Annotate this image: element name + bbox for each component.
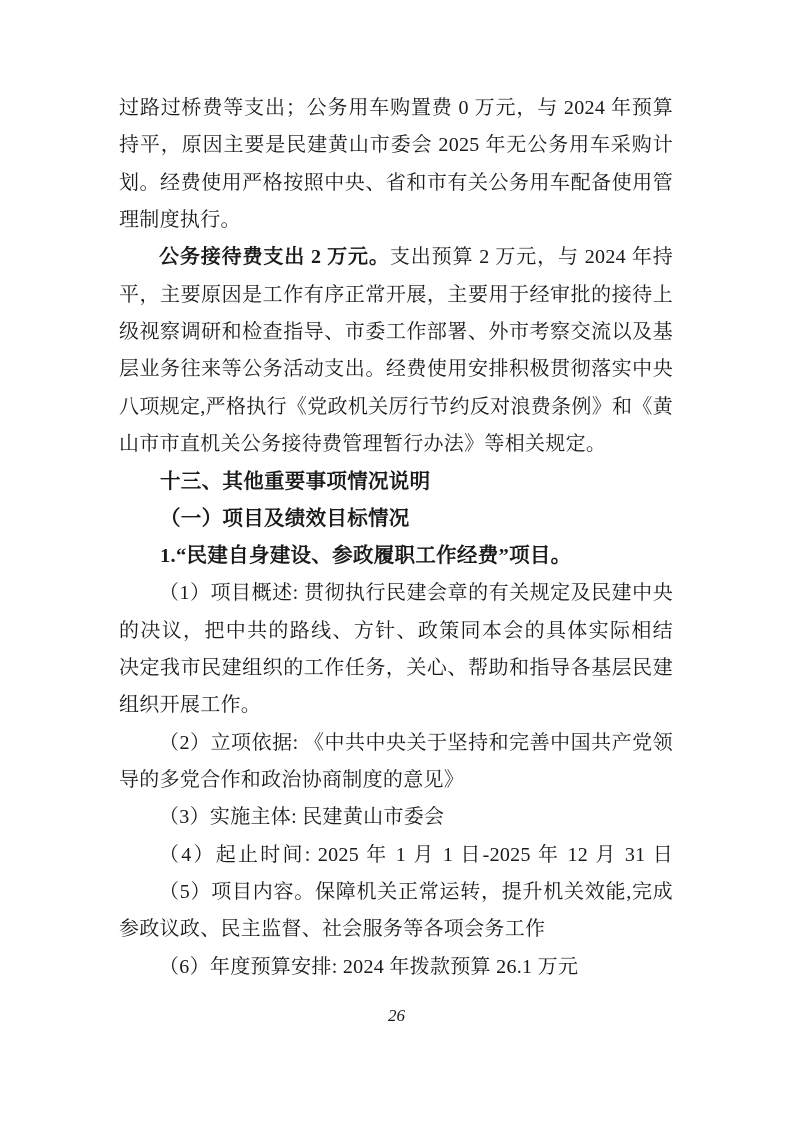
body-text: 层业务往来等公务活动支出。经费使用安排积极贯彻落实中央 <box>119 358 673 380</box>
body-text: （5）项目内容。保障机关正常运转，提升机关效能,完成 <box>159 881 673 903</box>
body-line: 层业务往来等公务活动支出。经费使用安排积极贯彻落实中央 <box>119 351 673 388</box>
body-text: 山市市直机关公务接待费管理暂行办法》等相关规定。 <box>119 433 606 455</box>
body-line: 导的多党合作和政治协商制度的意见》 <box>119 762 673 799</box>
body-text: （4）起止时间: 2025 年 1 月 1 日-2025 年 12 月 31 日 <box>159 844 673 866</box>
body-text: 决定我市民建组织的工作任务，关心、帮助和指导各基层民建 <box>119 657 673 679</box>
item-heading-text: 1.“民建自身建设、参政履职工作经费”项目。 <box>160 545 571 567</box>
body-line: 决定我市民建组织的工作任务，关心、帮助和指导各基层民建 <box>119 650 673 687</box>
body-line: 理制度执行。 <box>119 202 673 239</box>
item-heading: 1.“民建自身建设、参政履职工作经费”项目。 <box>119 538 673 575</box>
section-heading-text: 十三、其他重要事项情况说明 <box>160 470 430 493</box>
sub-heading-text: （一）项目及绩效目标情况 <box>160 508 410 530</box>
body-line: 级视察调研和检查指导、市委工作部署、外市考察交流以及基 <box>119 314 673 351</box>
body-text: 组织开展工作。 <box>119 694 261 716</box>
body-line: （4）起止时间: 2025 年 1 月 1 日-2025 年 12 月 31 日 <box>119 837 673 874</box>
bold-lead-text: 公务接待费支出 2 万元。 <box>159 246 390 268</box>
body-text: 参政议政、民主监督、社会服务等各项会务工作 <box>119 918 545 940</box>
body-line: 的决议，把中共的路线、方针、政策同本会的具体实际相结合， <box>119 613 673 650</box>
document-page: 过路过桥费等支出；公务用车购置费 0 万元，与 2024 年预算 持平，原因主要… <box>0 0 793 1122</box>
body-line: （1）项目概述: 贯彻执行民建会章的有关规定及民建中央 <box>119 575 673 612</box>
body-line: 划。经费使用严格按照中央、省和市有关公务用车配备使用管 <box>119 165 673 202</box>
body-text: （1）项目概述: 贯彻执行民建会章的有关规定及民建中央 <box>159 582 673 604</box>
body-text: 支出预算 2 万元，与 2024 年持 <box>390 246 673 268</box>
body-text: 的决议，把中共的路线、方针、政策同本会的具体实际相结合， <box>119 620 673 650</box>
body-text: 过路过桥费等支出；公务用车购置费 0 万元，与 2024 年预算 <box>119 97 673 119</box>
body-line: 组织开展工作。 <box>119 687 673 724</box>
body-text: 划。经费使用严格按照中央、省和市有关公务用车配备使用管 <box>119 172 673 194</box>
body-text: 导的多党合作和政治协商制度的意见》 <box>119 769 464 791</box>
body-line: （2）立项依据: 《中共中央关于坚持和完善中国共产党领 <box>119 725 673 762</box>
text-block: 过路过桥费等支出；公务用车购置费 0 万元，与 2024 年预算 持平，原因主要… <box>119 90 673 986</box>
page-number: 26 <box>0 1006 793 1026</box>
body-text: 平，主要原因是工作有序正常开展，主要用于经审批的接待上 <box>119 284 673 306</box>
section-heading: 十三、其他重要事项情况说明 <box>119 463 673 500</box>
body-text: （2）立项依据: 《中共中央关于坚持和完善中国共产党领 <box>159 732 673 754</box>
body-text: （3）实施主体: 民建黄山市委会 <box>159 806 444 828</box>
body-text: 持平，原因主要是民建黄山市委会 2025 年无公务用车采购计 <box>119 134 673 156</box>
body-line: 平，主要原因是工作有序正常开展，主要用于经审批的接待上 <box>119 277 673 314</box>
body-line: 公务接待费支出 2 万元。支出预算 2 万元，与 2024 年持 <box>119 239 673 276</box>
body-line: 八项规定,严格执行《党政机关厉行节约反对浪费条例》和《黄 <box>119 389 673 426</box>
body-text: （6）年度预算安排: 2024 年拨款预算 26.1 万元 <box>159 956 578 978</box>
body-line: （3）实施主体: 民建黄山市委会 <box>119 799 673 836</box>
body-text: 八项规定,严格执行《党政机关厉行节约反对浪费条例》和《黄 <box>119 396 673 418</box>
sub-heading: （一）项目及绩效目标情况 <box>119 501 673 538</box>
body-line: 持平，原因主要是民建黄山市委会 2025 年无公务用车采购计 <box>119 127 673 164</box>
body-text: 理制度执行。 <box>119 209 241 231</box>
body-line: 参政议政、民主监督、社会服务等各项会务工作 <box>119 911 673 948</box>
body-line: （6）年度预算安排: 2024 年拨款预算 26.1 万元 <box>119 949 673 986</box>
body-line: （5）项目内容。保障机关正常运转，提升机关效能,完成 <box>119 874 673 911</box>
body-line: 山市市直机关公务接待费管理暂行办法》等相关规定。 <box>119 426 673 463</box>
body-text: 级视察调研和检查指导、市委工作部署、外市考察交流以及基 <box>119 321 673 343</box>
body-line: 过路过桥费等支出；公务用车购置费 0 万元，与 2024 年预算 <box>119 90 673 127</box>
